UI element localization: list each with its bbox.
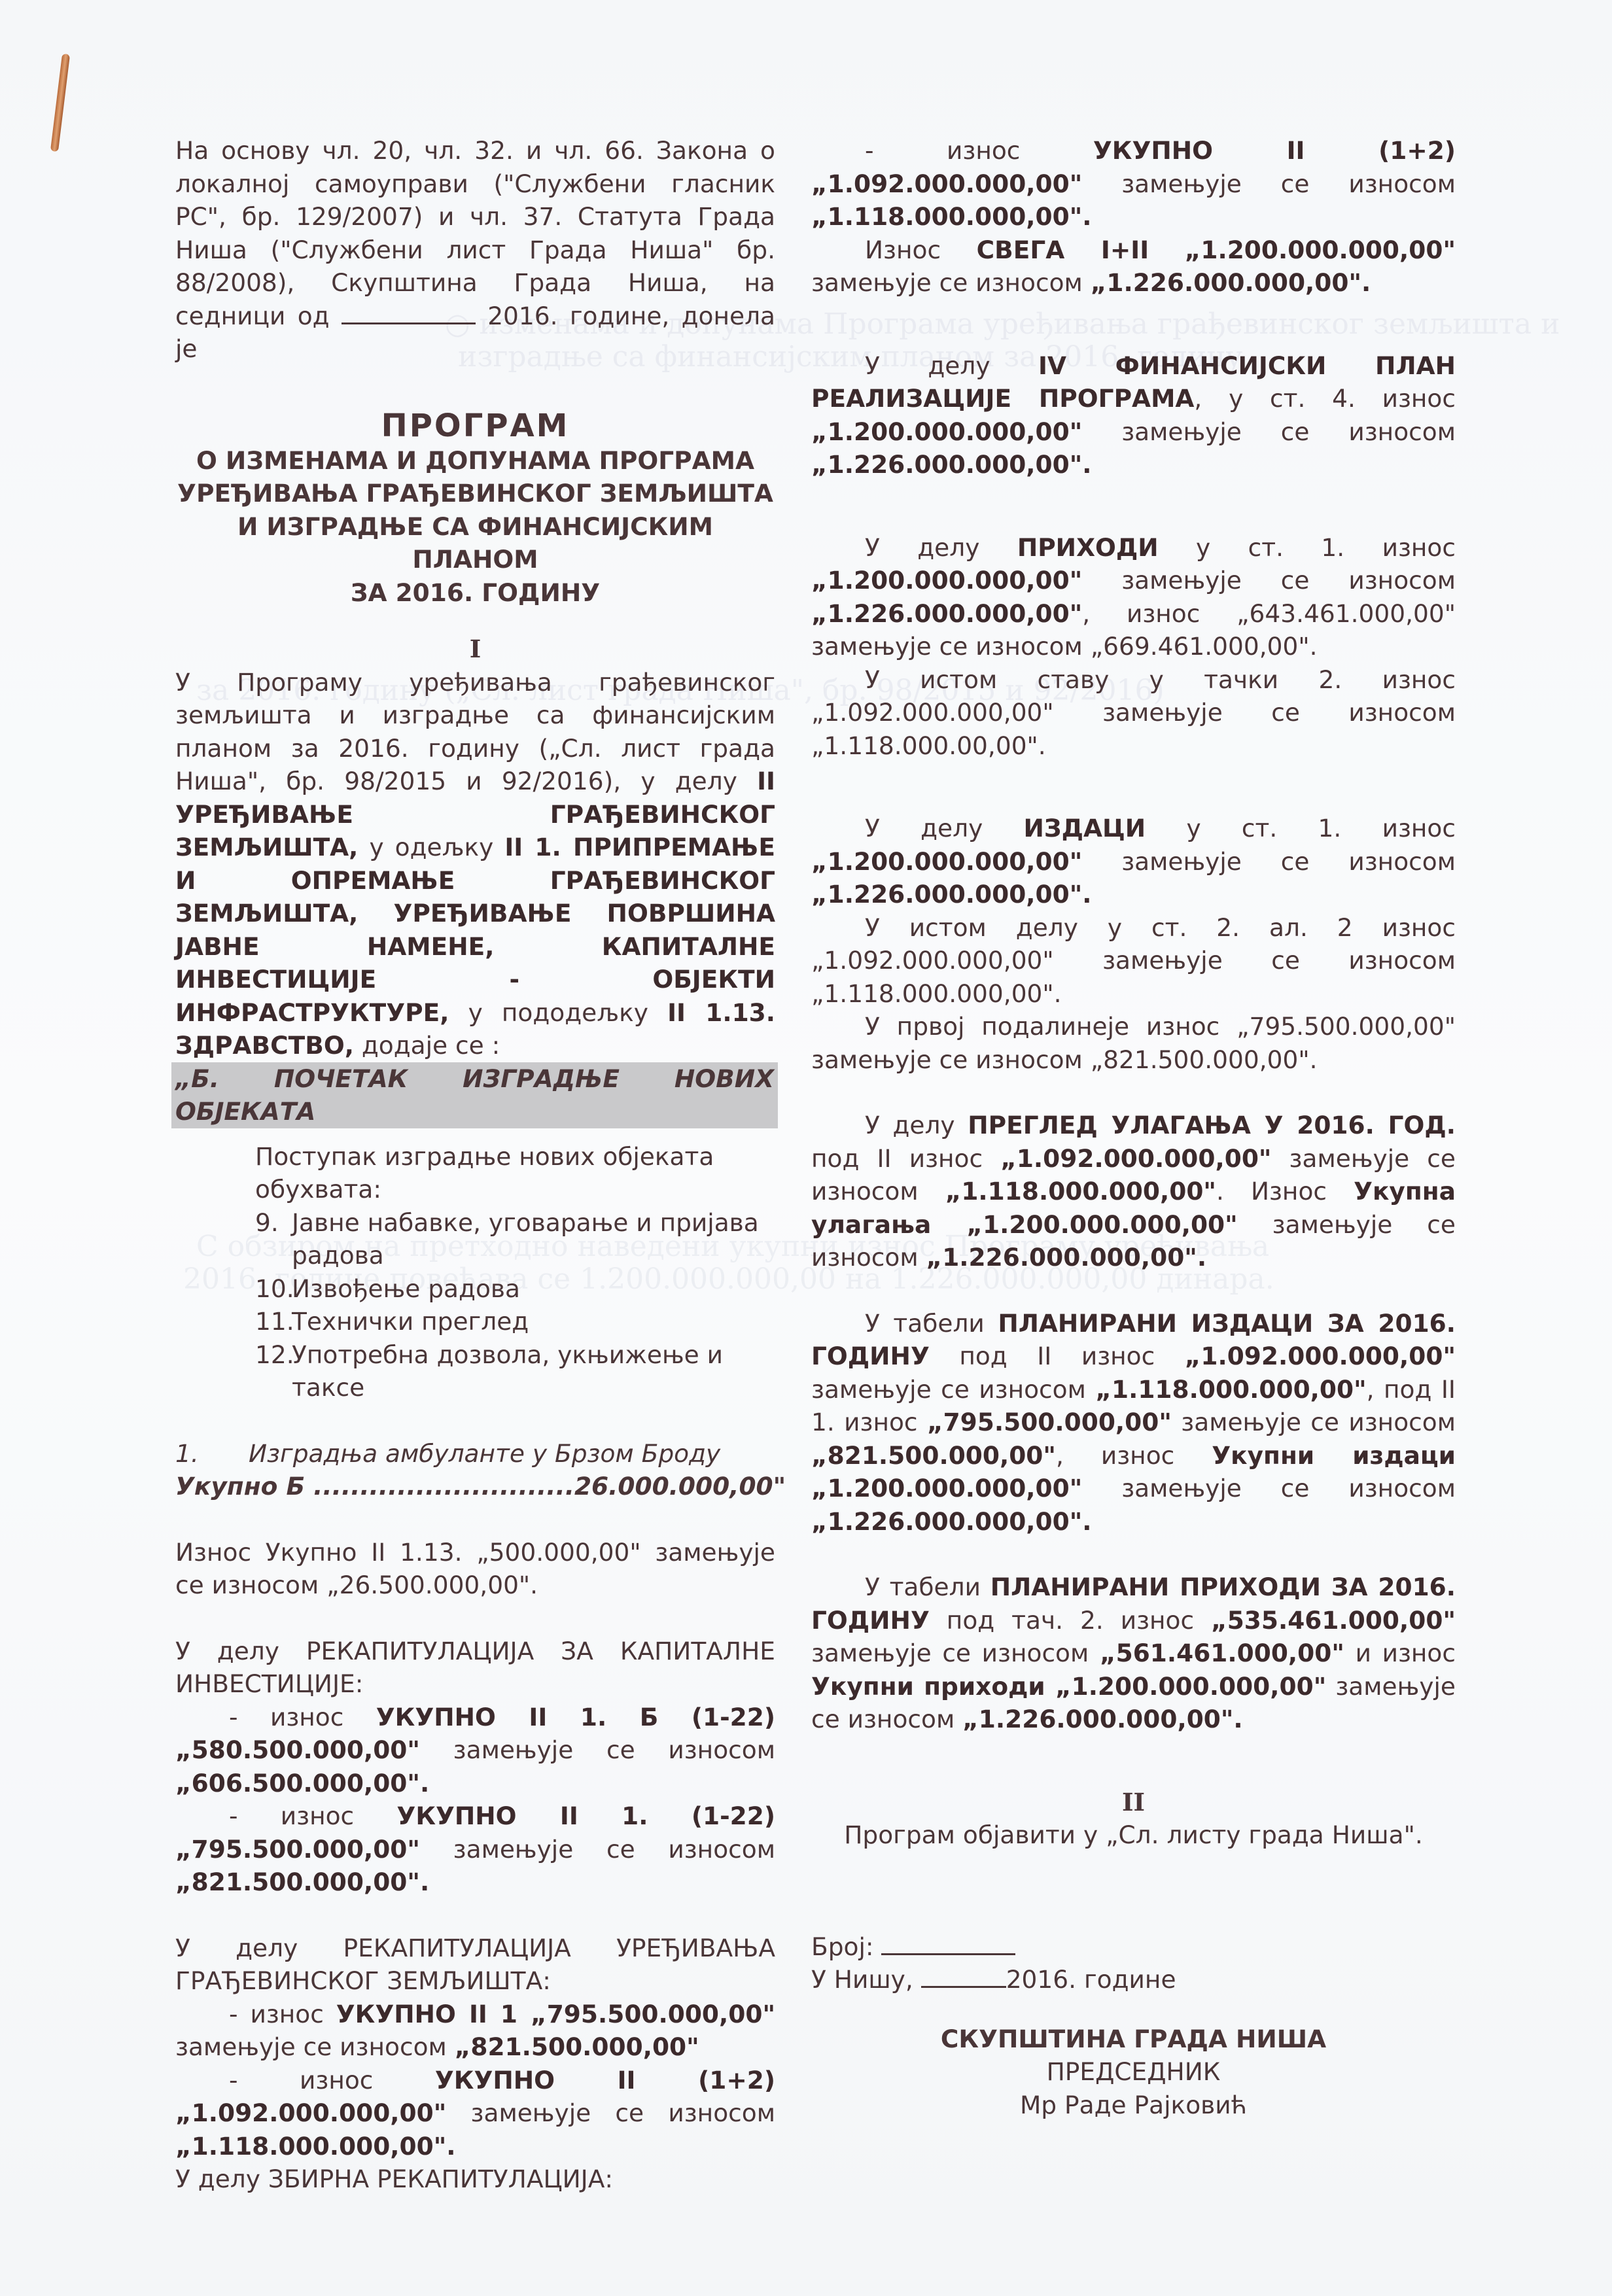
recap-land-item: - износ УКУПНО II (1+2) „1.092.000.000,0… (175, 2064, 775, 2163)
recap-summary-heading: У делу ЗБИРНА РЕКАПИТУЛАЦИЈА: (175, 2163, 775, 2196)
amount-change-1-13: Износ Укупно II 1.13. „500.000,00" замењ… (175, 1536, 775, 1602)
recap-capital-item: - износ УКУПНО II 1. Б (1-22) „580.500.0… (175, 1701, 775, 1800)
revenues-same-paragraph: У истом ставу у тачки 2. износ „1.092.00… (811, 663, 1456, 763)
recap-land-heading: У делу РЕКАПИТУЛАЦИЈА УРЕЂИВАЊА ГРАЂЕВИН… (175, 1932, 775, 1998)
section-numeral-2: II (811, 1786, 1456, 1819)
expenditures-same-part: У истом делу у ст. 2. ал. 2 износ „1.092… (811, 911, 1456, 1011)
expenditures-paragraph: У делу ИЗДАЦИ у ст. 1. износ „1.200.000.… (811, 812, 1456, 911)
left-column: На основу чл. 20, чл. 32. и чл. 66. Зако… (175, 134, 775, 2196)
recap-capital-heading: У делу РЕКАПИТУЛАЦИЈА ЗА КАПИТАЛНЕ ИНВЕС… (175, 1635, 775, 1701)
procedure-step: 11. Технички преглед (255, 1305, 775, 1338)
recap-land-item: - износ УКУПНО II 1 „795.500.000,00" зам… (175, 1998, 775, 2064)
document-subtitle-line: ЗА 2016. ГОДИНУ (175, 576, 775, 610)
document-subtitle-line: И ИЗГРАДЊЕ СА ФИНАНСИЈСКИМ (175, 510, 775, 544)
signatory-body: СКУПШТИНА ГРАДА НИША (811, 2023, 1456, 2056)
date-blank (921, 1964, 1006, 1988)
section-1-intro: У Програму уређивања грађевинског земљиш… (175, 666, 775, 1062)
highlighted-heading: „Б. ПОЧЕТАК ИЗГРАДЊЕ НОВИХ ОБЈЕКАТА (171, 1062, 778, 1128)
preamble: На основу чл. 20, чл. 32. и чл. 66. Зако… (175, 134, 775, 366)
total-b-line: Укупно Б ............................26.… (175, 1470, 775, 1503)
publication-clause: Програм објавити у „Сл. листу града Ниша… (811, 1818, 1456, 1852)
investment-review-paragraph: У делу ПРЕГЛЕД УЛАГАЊА У 2016. ГОД. под … (811, 1109, 1456, 1274)
session-date-blank (342, 300, 476, 324)
procedure-step: 12. Употребна дозвола, укњижење и таксе (255, 1338, 775, 1404)
document-subtitle-line: О ИЗМЕНАМА И ДОПУНАМА ПРОГРАМА (175, 444, 775, 478)
document-subtitle-line: УРЕЂИВАЊА ГРАЂЕВИНСКОГ ЗЕМЉИШТА (175, 477, 775, 510)
project-item: 1.Изградња амбуланте у Брзом Броду (175, 1437, 775, 1470)
procedure-step: 10. Извођење радова (255, 1272, 775, 1306)
procedure-intro: Поступак изградње нових објеката обухват… (255, 1140, 775, 1206)
expenditures-first-sub: У првој подалинеје износ „795.500.000,00… (811, 1010, 1456, 1076)
procedure-list: Поступак изградње нових објеката обухват… (255, 1140, 775, 1404)
revenues-paragraph: У делу ПРИХОДИ у ст. 1. износ „1.200.000… (811, 531, 1456, 663)
document-title: ПРОГРАМ (175, 408, 775, 444)
section-numeral-1: I (175, 633, 775, 666)
place-date-line: У Нишу, 2016. године (811, 1963, 1456, 1996)
recap-capital-item: - износ УКУПНО II 1. (1-22) „795.500.000… (175, 1800, 775, 1899)
signatory-name: Мр Раде Рајковић (811, 2089, 1456, 2122)
recap-summary-item: - износ УКУПНО II (1+2) „1.092.000.000,0… (811, 134, 1456, 234)
financial-plan-paragraph: У делу IV ФИНАНСИЈСКИ ПЛАН РЕАЛИЗАЦИЈЕ П… (811, 349, 1456, 481)
document-number-line: Број: (811, 1930, 1456, 1964)
staple-mark (50, 54, 70, 152)
number-blank (881, 1931, 1015, 1955)
planned-expenditures-paragraph: У табели ПЛАНИРАНИ ИЗДАЦИ ЗА 2016. ГОДИН… (811, 1307, 1456, 1539)
signatory-role: ПРЕДСЕДНИК (811, 2055, 1456, 2089)
scanned-page: ○ изменама и допунама Програма уређивања… (0, 0, 1612, 2296)
procedure-step: 9. Јавне набавке, уговарање и пријава ра… (255, 1206, 775, 1272)
right-column: - износ УКУПНО II (1+2) „1.092.000.000,0… (811, 134, 1456, 2121)
recap-summary-total: Износ СВЕГА I+II „1.200.000.000,00" заме… (811, 234, 1456, 300)
document-subtitle-line: ПЛАНОМ (175, 543, 775, 576)
planned-revenues-paragraph: У табели ПЛАНИРАНИ ПРИХОДИ ЗА 2016. ГОДИ… (811, 1571, 1456, 1736)
